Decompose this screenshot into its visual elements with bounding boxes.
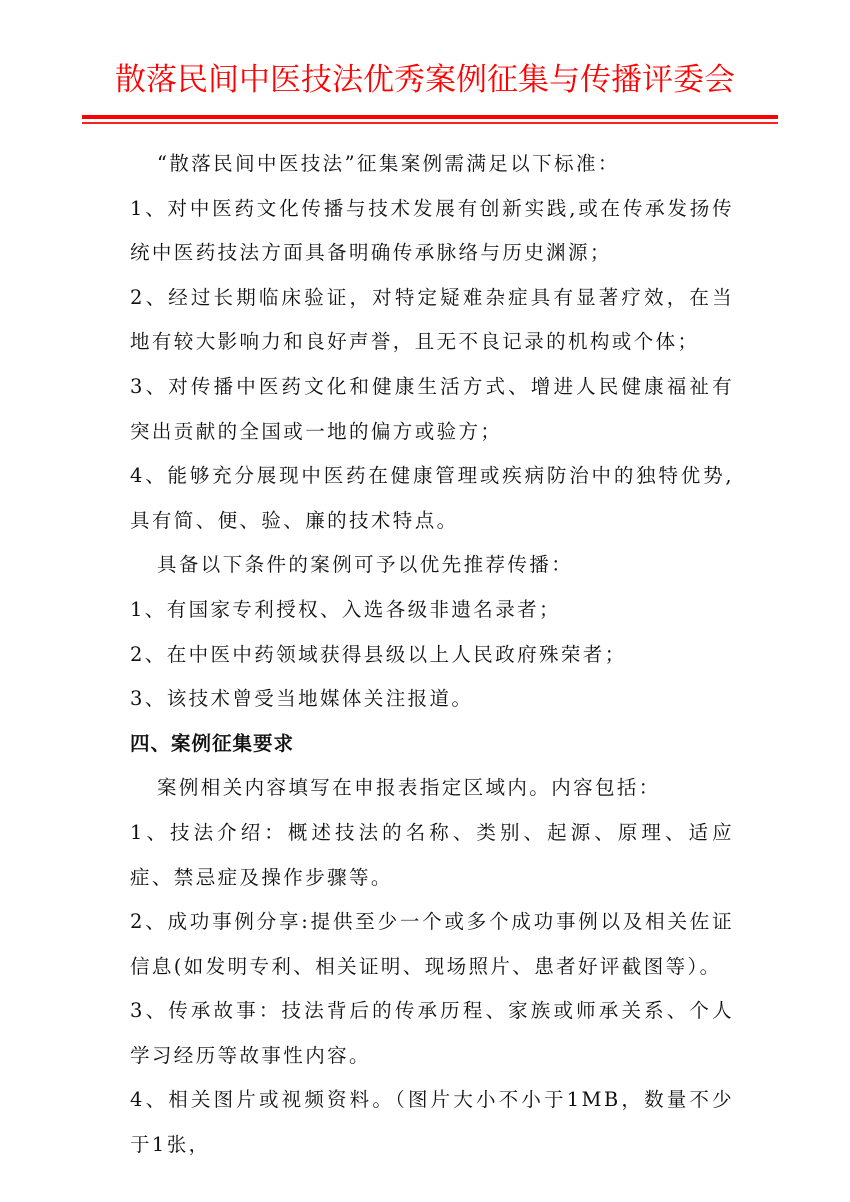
priority-item: 2、在中医中药领域获得县级以上人民政府殊荣者； [130, 633, 734, 678]
standard-item: 4、能够充分展现中医药在健康管理或疾病防治中的独特优势,具有简、便、验、廉的技术… [130, 454, 734, 543]
requirement-item: 4、相关图片或视频资料。（图片大小不小于1MB，数量不少于1张， [130, 1078, 734, 1167]
section-heading: 四、案例征集要求 [130, 722, 734, 767]
header-rule-thick [82, 115, 778, 119]
standard-item: 2、经过长期临床验证，对特定疑难杂症具有显著疗效，在当地有较大影响力和良好声誉，… [130, 276, 734, 365]
standards-intro: “散落民间中医技法”征集案例需满足以下标准： [130, 142, 734, 187]
standard-item: 3、对传播中医药文化和健康生活方式、增进人民健康福祉有突出贡献的全国或一地的偏方… [130, 365, 734, 454]
header-rule-thin [82, 122, 778, 124]
document-body: “散落民间中医技法”征集案例需满足以下标准： 1、对中医药文化传播与技术发展有创… [130, 142, 734, 1168]
document-title: 散落民间中医技法优秀案例征集与传播评委会 [0, 56, 850, 104]
priority-item: 1、有国家专利授权、入选各级非遗名录者； [130, 588, 734, 633]
requirement-item: 2、成功事例分享:提供至少一个或多个成功事例以及相关佐证信息(如发明专利、相关证… [130, 900, 734, 989]
requirement-item: 3、传承故事：技法背后的传承历程、家族或师承关系、个人学习经历等故事性内容。 [130, 989, 734, 1078]
priority-intro: 具备以下条件的案例可予以优先推荐传播： [130, 543, 734, 588]
priority-item: 3、该技术曾受当地媒体关注报道。 [130, 677, 734, 722]
standard-item: 1、对中医药文化传播与技术发展有创新实践,或在传承发扬传统中医药技法方面具备明确… [130, 187, 734, 276]
requirements-intro: 案例相关内容填写在申报表指定区域内。内容包括： [130, 766, 734, 811]
requirement-item: 1、技法介绍：概述技法的名称、类别、起源、原理、适应症、禁忌症及操作步骤等。 [130, 811, 734, 900]
